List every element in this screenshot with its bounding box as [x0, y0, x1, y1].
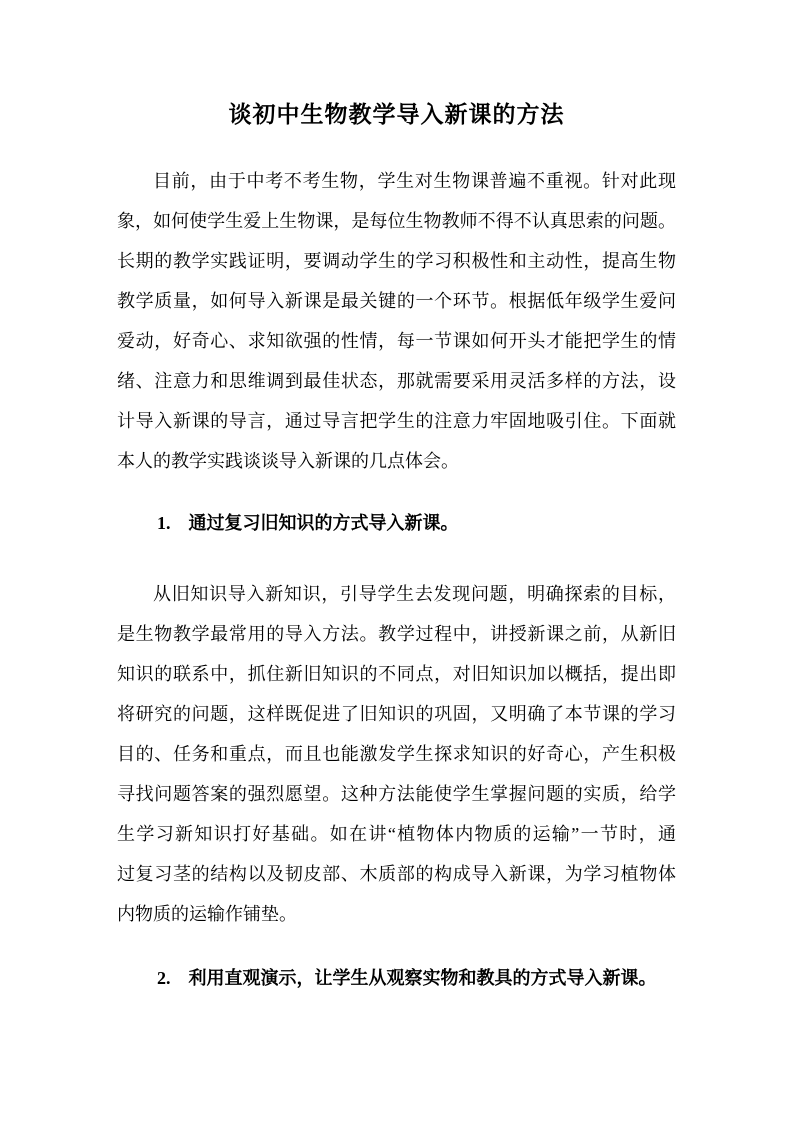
text-line: 象，如何使学生爱上生物课，是每位生物教师不得不认真思索的问题。 [117, 201, 676, 241]
heading-1-text: 通过复习旧知识的方式导入新课。 [189, 513, 459, 533]
text-line: 内物质的运输作铺垫。 [117, 894, 676, 934]
text-line: 长期的教学实践证明，要调动学生的学习积极性和主动性，提高生物 [117, 241, 676, 281]
heading-2-number: 2. [157, 958, 171, 998]
section-heading-2: 2.利用直观演示，让学生从观察实物和教具的方式导入新课。 [117, 958, 676, 998]
paragraph-2: 从旧知识导入新知识，引导学生去发现问题，明确探索的目标， 是生物教学最常用的导入… [117, 574, 676, 934]
paragraph-1: 目前，由于中考不考生物，学生对生物课普遍不重视。针对此现 象，如何使学生爱上生物… [117, 161, 676, 481]
text-line: 过复习茎的结构以及韧皮部、木质部的构成导入新课，为学习植物体 [117, 854, 676, 894]
text-line: 从旧知识导入新知识，引导学生去发现问题，明确探索的目标， [117, 574, 676, 614]
heading-1-number: 1. [157, 503, 171, 543]
text-line: 本人的教学实践谈谈导入新课的几点体会。 [117, 441, 676, 481]
text-line: 绪、注意力和思维调到最佳状态，那就需要采用灵活多样的方法，设 [117, 361, 676, 401]
text-line: 知识的联系中，抓住新旧知识的不同点，对旧知识加以概括，提出即 [117, 654, 676, 694]
text-line: 目前，由于中考不考生物，学生对生物课普遍不重视。针对此现 [117, 161, 676, 201]
document-page: 谈初中生物教学导入新课的方法 目前，由于中考不考生物，学生对生物课普遍不重视。针… [0, 0, 793, 1122]
text-line: 爱动，好奇心、求知欲强的性情，每一节课如何开头才能把学生的情 [117, 321, 676, 361]
text-line: 目的、任务和重点，而且也能激发学生探求知识的好奇心，产生积极 [117, 734, 676, 774]
text-line: 将研究的问题，这样既促进了旧知识的巩固，又明确了本节课的学习 [117, 694, 676, 734]
text-line: 寻找问题答案的强烈愿望。这种方法能使学生掌握问题的实质，给学 [117, 774, 676, 814]
text-line: 教学质量，如何导入新课是最关键的一个环节。根据低年级学生爱问 [117, 281, 676, 321]
text-line: 生学习新知识打好基础。如在讲“植物体内物质的运输”一节时，通 [117, 814, 676, 854]
text-line: 是生物教学最常用的导入方法。教学过程中，讲授新课之前，从新旧 [117, 614, 676, 654]
document-title: 谈初中生物教学导入新课的方法 [117, 95, 676, 135]
heading-2-text: 利用直观演示，让学生从观察实物和教具的方式导入新课。 [189, 968, 657, 988]
text-line: 计导入新课的导言，通过导言把学生的注意力牢固地吸引住。下面就 [117, 401, 676, 441]
section-heading-1: 1.通过复习旧知识的方式导入新课。 [117, 503, 676, 543]
